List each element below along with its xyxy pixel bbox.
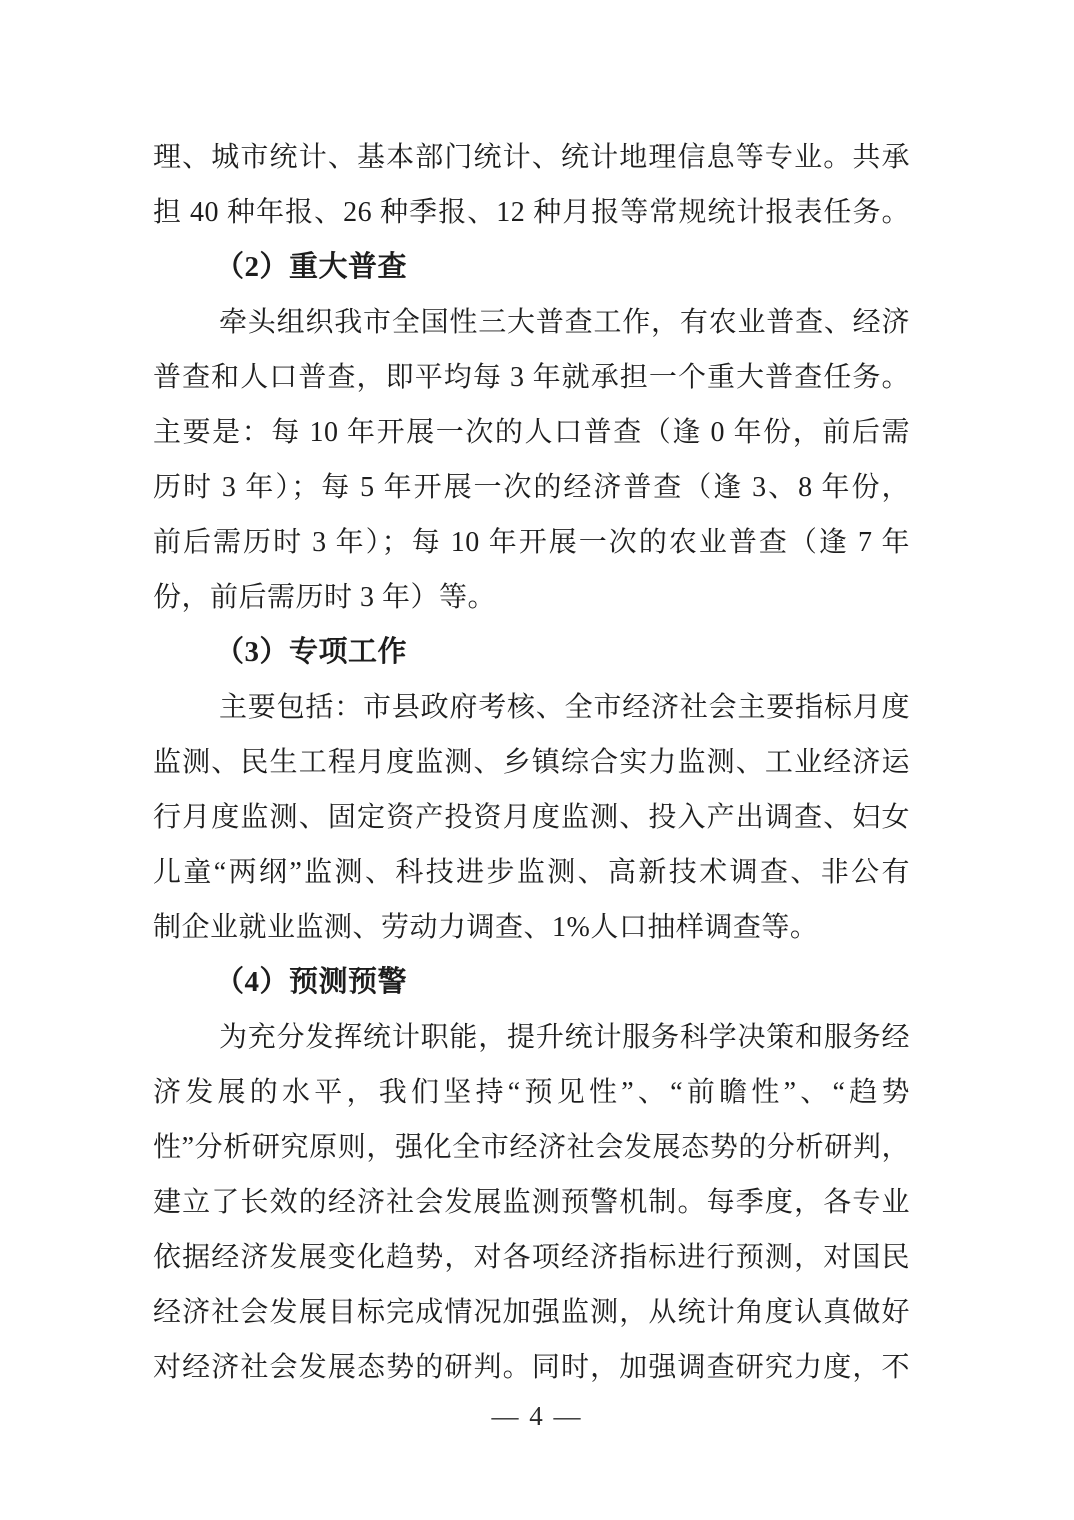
body-text-line: 济发展的水平，我们坚持“预见性”、“前瞻性”、“趋势	[153, 1065, 910, 1120]
body-text-line: 份，前后需历时 3 年）等。	[153, 570, 910, 625]
body-text-line: 对经济社会发展态势的研判。同时，加强调查研究力度，不	[153, 1340, 910, 1395]
page-number: — 4 —	[492, 1401, 583, 1431]
body-text-line: 主要包括：市县政府考核、全市经济社会主要指标月度	[153, 680, 910, 735]
body-text-line: 普查和人口普查，即平均每 3 年就承担一个重大普查任务。	[153, 350, 910, 405]
body-text-line: 儿童“两纲”监测、科技进步监测、高新技术调查、非公有	[153, 845, 910, 900]
body-text-line: 为充分发挥统计职能，提升统计服务科学决策和服务经	[153, 1010, 910, 1065]
subsection-heading: （3）专项工作	[153, 625, 910, 680]
body-text-line: 依据经济发展变化趋势，对各项经济指标进行预测，对国民	[153, 1230, 910, 1285]
body-text-line: 理、城市统计、基本部门统计、统计地理信息等专业。共承	[153, 130, 910, 185]
body-text-line: 行月度监测、固定资产投资月度监测、投入产出调查、妇女	[153, 790, 910, 845]
body-text-line: 监测、民生工程月度监测、乡镇综合实力监测、工业经济运	[153, 735, 910, 790]
body-text-line: 经济社会发展目标完成情况加强监测，从统计角度认真做好	[153, 1285, 910, 1340]
body-text-line: 性”分析研究原则，强化全市经济社会发展态势的分析研判，	[153, 1120, 910, 1175]
page-footer: — 4 —	[0, 1398, 1074, 1434]
subsection-heading: （4）预测预警	[153, 955, 910, 1010]
body-text-line: 建立了长效的经济社会发展监测预警机制。每季度，各专业	[153, 1175, 910, 1230]
document-page: 理、城市统计、基本部门统计、统计地理信息等专业。共承担 40 种年报、26 种季…	[0, 0, 1074, 1520]
body-text-line: 制企业就业监测、劳动力调查、1%人口抽样调查等。	[153, 900, 910, 955]
subsection-heading: （2）重大普查	[153, 240, 910, 295]
body-text-line: 主要是：每 10 年开展一次的人口普查（逢 0 年份，前后需	[153, 405, 910, 460]
body-text-line: 前后需历时 3 年）；每 10 年开展一次的农业普查（逢 7 年	[153, 515, 910, 570]
body-text-line: 担 40 种年报、26 种季报、12 种月报等常规统计报表任务。	[153, 185, 910, 240]
body-text-line: 牵头组织我市全国性三大普查工作，有农业普查、经济	[153, 295, 910, 350]
text-column: 理、城市统计、基本部门统计、统计地理信息等专业。共承担 40 种年报、26 种季…	[153, 130, 910, 1395]
body-text-line: 历时 3 年）；每 5 年开展一次的经济普查（逢 3、8 年份，	[153, 460, 910, 515]
